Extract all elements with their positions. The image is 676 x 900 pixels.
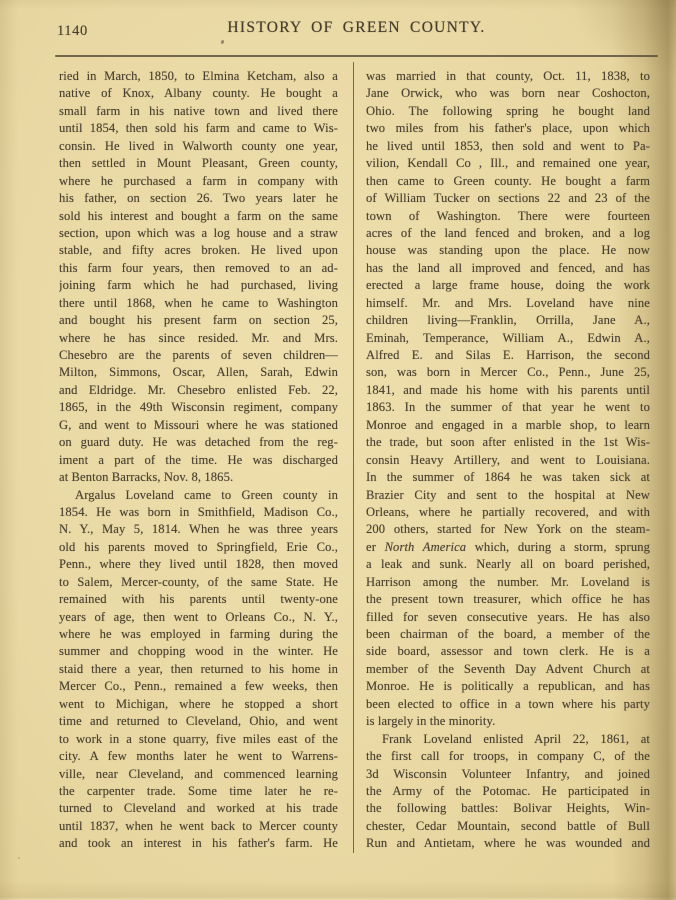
text-line: the following battles: Bolivar Heights, … — [366, 800, 650, 817]
text-line: been chairman of the board, a member of … — [366, 626, 650, 643]
text-line: 3d Wisconsin Volunteer Infantry, and joi… — [366, 766, 650, 783]
text-line: himself. Mr. and Mrs. Loveland have nine — [366, 295, 650, 312]
text-column-right: was married in that county, Oct. 11, 183… — [366, 68, 650, 853]
text-line: the present town treasurer, which office… — [366, 591, 650, 608]
text-line: there until 1868, when he came to Washin… — [59, 295, 338, 312]
text-line: where he purchased a farm in company wit… — [59, 173, 338, 190]
text-line: Penn., where they lived until 1828, then… — [59, 556, 338, 573]
page-number: 1140 — [57, 23, 88, 40]
text-line: 1854. He was born in Smithfield, Madison… — [59, 504, 338, 521]
text-line: years of age, then went to Orleans Co., … — [59, 609, 338, 626]
book-page: 1140 HISTORY OF GREEN COUNTY. ried in Ma… — [0, 0, 676, 900]
text-line: Brazier City and sent to the hospital at… — [366, 487, 650, 504]
text-line: native of Knox, Albany county. He bought… — [59, 85, 338, 102]
text-line: consin Heavy Artillery, and went to Loui… — [366, 452, 650, 469]
text-line: In the summer of 1864 he was taken sick … — [366, 469, 650, 486]
text-line: on guard duty. He was detached from the … — [59, 434, 338, 451]
text-line: small farm in his native town and lived … — [59, 103, 338, 120]
text-line: iment a part of the time. He was dischar… — [59, 452, 338, 469]
paragraph: was married in that county, Oct. 11, 183… — [366, 68, 650, 731]
text-line: side board, assessor and town clerk. He … — [366, 643, 650, 660]
text-line: Mercer Co., Penn., remained a few weeks,… — [59, 678, 338, 695]
text-line: staid there a year, then returned to his… — [59, 661, 338, 678]
text-line: and took an interest in his father's far… — [59, 835, 338, 852]
text-line: Ohio. The following spring he bought lan… — [366, 103, 650, 120]
text-line: Argalus Loveland came to Green county in — [59, 487, 338, 504]
text-line: Run and Antietam, where he was wounded a… — [366, 835, 650, 852]
text-line: of William Tucker on sections 22 and 23 … — [366, 190, 650, 207]
text-line: Eminah, Temperance, William A., Edwin A.… — [366, 330, 650, 347]
text-line: er North America which, during a storm, … — [366, 539, 650, 556]
page-header: 1140 HISTORY OF GREEN COUNTY. — [55, 19, 658, 49]
text-line: city. A few months later he went to Warr… — [59, 748, 338, 765]
text-line: has the land all improved and fenced, an… — [366, 260, 650, 277]
text-line: children living—Franklin, Orrilla, Jane … — [366, 312, 650, 329]
paragraph: ried in March, 1850, to Elmina Ketcham, … — [59, 68, 338, 487]
text-line: is largely in the minority. — [366, 713, 650, 730]
page-title: HISTORY OF GREEN COUNTY. — [55, 19, 658, 37]
text-line: town of Washington. There were fourteen — [366, 208, 650, 225]
text-line: he lived until 1853, then sold and went … — [366, 138, 650, 155]
text-line: then settled in Mount Pleasant, Green co… — [59, 155, 338, 172]
text-column-left: ried in March, 1850, to Elmina Ketcham, … — [59, 68, 338, 853]
text-line: this farm four years, then removed to an… — [59, 260, 338, 277]
text-line: acres of the land fenced and broken, and… — [366, 225, 650, 242]
text-line: consin. He lived in Walworth county one … — [59, 138, 338, 155]
text-line: joining farm which he had purchased, liv… — [59, 277, 338, 294]
paragraph: Frank Loveland enlisted April 22, 1861, … — [366, 731, 650, 853]
text-line: the Army of the Potomac. He participated… — [366, 783, 650, 800]
paragraph: Argalus Loveland came to Green county in… — [59, 487, 338, 853]
text-line: until 1837, when he went back to Mercer … — [59, 818, 338, 835]
text-line: Jane Orwick, who was born near Coshocton… — [366, 85, 650, 102]
text-line: until 1854, then sold his farm and came … — [59, 120, 338, 137]
text-line: the carpenter trade. Some time later he … — [59, 783, 338, 800]
text-line: Monroe. He is politically a republican, … — [366, 678, 650, 695]
text-line: the trade, but soon after enlisted in th… — [366, 434, 650, 451]
text-line: Alfred E. and Silas E. Harrison, the sec… — [366, 347, 650, 364]
text-line: vilion, Kendall Co , Ill., and remained … — [366, 155, 650, 172]
text-line: 1863. In the summer of that year he went… — [366, 399, 650, 416]
text-line: summer and chopping wood in the winter. … — [59, 643, 338, 660]
text-line: Monroe and engaged in a marble shop, to … — [366, 417, 650, 434]
text-line: member of the Seventh Day Advent Church … — [366, 661, 650, 678]
text-line: son, was born in Mercer Co., Penn., June… — [366, 364, 650, 381]
text-line: Orleans, where he partially recovered, a… — [366, 504, 650, 521]
ink-speck — [18, 857, 20, 859]
text-line: ville, near Cleveland, and commenced lea… — [59, 766, 338, 783]
text-line: G, and went to Missouri where he was sta… — [59, 417, 338, 434]
column-divider — [353, 62, 354, 853]
text-line: Milton, Simmons, Oscar, Allen, Sarah, Ed… — [59, 364, 338, 381]
text-line: erected a large frame house, doing the w… — [366, 277, 650, 294]
text-line: Harrison among the number. Mr. Loveland … — [366, 574, 650, 591]
text-line: his father, on section 26. Two years lat… — [59, 190, 338, 207]
text-line: to Salem, Mercer-county, of the same Sta… — [59, 574, 338, 591]
text-line: old his parents moved to Springfield, Er… — [59, 539, 338, 556]
header-rule — [55, 55, 658, 57]
text-line: 200 others, started for New York on the … — [366, 521, 650, 538]
text-line: been elected to office in a town where h… — [366, 696, 650, 713]
text-line: and bought his present farm on section 2… — [59, 312, 338, 329]
text-line: time and returned to Cleveland, Ohio, an… — [59, 713, 338, 730]
text-line: remained with his parents until twenty-o… — [59, 591, 338, 608]
text-line: Chesebro are the parents of seven childr… — [59, 347, 338, 364]
text-line: at Benton Barracks, Nov. 8, 1865. — [59, 469, 338, 486]
text-line: then came to Green county. He bought a f… — [366, 173, 650, 190]
text-line: Frank Loveland enlisted April 22, 1861, … — [366, 731, 650, 748]
text-line: 1865, in the 49th Wisconsin regiment, co… — [59, 399, 338, 416]
text-line: turned to Cleveland and worked at his tr… — [59, 800, 338, 817]
text-line: N. Y., May 5, 1814. When he was three ye… — [59, 521, 338, 538]
text-line: sold his interest and bought a farm on t… — [59, 208, 338, 225]
text-line: where he was employed in farming during … — [59, 626, 338, 643]
text-line: went to Michigan, where he stopped a sho… — [59, 696, 338, 713]
text-line: a leak and sunk. Nearly all on board per… — [366, 556, 650, 573]
text-line: where he has since resided. Mr. and Mrs. — [59, 330, 338, 347]
text-line: 1841, and made his home with his parents… — [366, 382, 650, 399]
text-line: to work in a stone quarry, five miles ea… — [59, 731, 338, 748]
text-line: stable, and fifty acres broken. He lived… — [59, 242, 338, 259]
text-line: and Eldridge. Mr. Chesebro enlisted Feb.… — [59, 382, 338, 399]
text-line: ried in March, 1850, to Elmina Ketcham, … — [59, 68, 338, 85]
text-line: two miles from his father's place, upon … — [366, 120, 650, 137]
text-line: filled for seven consecutive years. He h… — [366, 609, 650, 626]
text-line: was married in that county, Oct. 11, 183… — [366, 68, 650, 85]
text-line: chester, Cedar Mountain, second battle o… — [366, 818, 650, 835]
text-line: section, upon which was a log house and … — [59, 225, 338, 242]
text-line: house was standing upon the place. He no… — [366, 242, 650, 259]
text-line: the first call for troops, in company C,… — [366, 748, 650, 765]
